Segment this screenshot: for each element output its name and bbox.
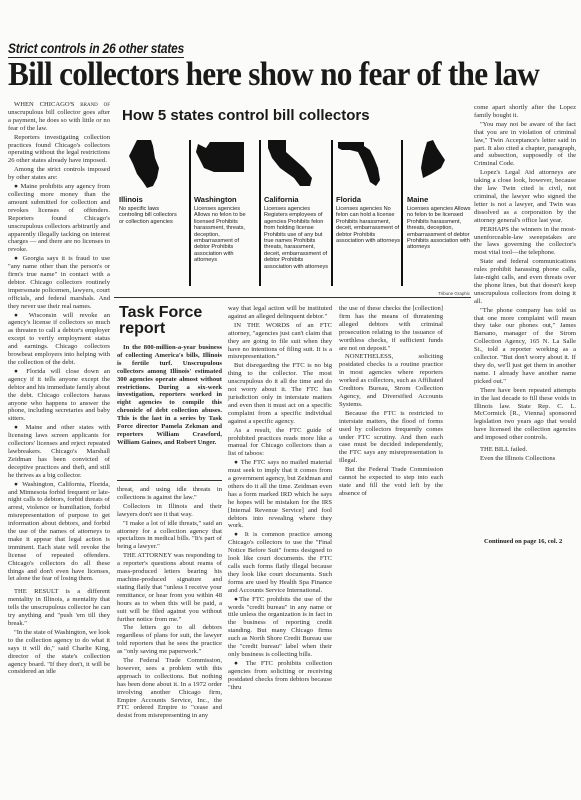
maine-map-icon [407,138,475,190]
divider [401,140,403,286]
state-rules: Licenses agencies Registers employees of… [264,206,330,270]
article-column-1: WHEN CHICAGO'S brand of unscrupulous bil… [8,101,110,796]
sidebar-rule [117,480,222,481]
paragraph: State and federal communications rules p… [474,258,576,305]
paragraph: ● Maine and other states with licensing … [8,424,110,479]
paragraph: ● It is common practice among Chicago's … [228,531,332,594]
paragraph: As a result, the FTC guide of prohibited… [228,427,332,459]
paragraph: The Federal Trade Commission, however, s… [117,657,222,720]
state-name: Florida [336,195,402,204]
florida-map-icon [336,138,402,190]
paragraph: But disregarding the FTC is no big thing… [228,362,332,425]
paragraph: Among the strict controls imposed by oth… [8,166,110,182]
paragraph: Because the FTC is restricted to interst… [339,410,443,465]
paragraph: Lopez's Legal Aid attorneys are taking a… [474,169,576,224]
paragraph: PERHAPS the winners in the most-unenforc… [474,226,576,258]
paragraph: "You may not be aware of the fact that y… [474,121,576,168]
state-name: Washington [194,195,256,204]
paragraph: come apart shortly after the Lopez famil… [474,104,576,120]
paragraph: ● The FTC says no mailed material must s… [228,459,332,530]
headline: Bill collectors here show no fear of the… [8,56,539,94]
state-name: Maine [407,195,475,204]
sidebar-title: Task Force report [119,305,202,337]
article-column-2: threat, and using idle threats in collec… [117,486,222,796]
paragraph: WHEN CHICAGO'S brand of unscrupulous bil… [8,101,110,133]
paragraph: But the Federal Trade Commission cannot … [339,466,443,498]
state-maine: Maine Licenses agencies Allows no felon … [407,138,475,284]
state-rules: Licenses agencies Allows no felon to be … [194,206,256,264]
divider [331,140,333,286]
paragraph: ● Wisconsin will revoke an agency's lice… [8,312,110,367]
paragraph: The letters go to all debtors regardless… [117,624,222,656]
paragraph: THE RESULT is a different mentality in I… [8,588,110,628]
paragraph: ●The FTC prohibits the use of the words … [228,596,332,659]
paragraph: THE BILL failed. [474,446,576,454]
state-washington: Washington Licenses agencies Allows no f… [194,138,256,284]
paragraph: NONETHELESS, soliciting postdated checks… [339,353,443,408]
graphic-credit: Tribune Graphic [438,291,470,296]
article-column-6: come apart shortly after the Lopez famil… [474,104,576,534]
paragraph: There have been repeated attempts in the… [474,387,576,442]
states-graphic: How 5 states control bill collectors Ill… [114,104,477,287]
paragraph: "In the state of Washington, we look to … [8,629,110,676]
state-florida: Florida Licenses agencies No felon can h… [336,138,402,284]
washington-map-icon [194,138,256,190]
illinois-map-icon [119,138,183,190]
paragraph: threat, and using idle threats in collec… [117,486,222,502]
state-illinois: Illinois No specific laws controling bil… [119,138,183,284]
graphic-title: How 5 states control bill collectors [122,107,370,124]
paragraph: THE ATTORNEY was responding to a reporte… [117,552,222,623]
paragraph: ● Washington, California, Florida, and M… [8,481,110,584]
paragraph: Even the Illinois Collections [474,455,576,463]
state-name: California [264,195,330,204]
paragraph: ● Maine prohibits any agency from collec… [8,183,110,254]
state-rules: Licenses agencies No felon can hold a li… [336,206,402,244]
paragraph: ● Florida will close down an agency if i… [8,368,110,423]
state-rules: Licenses agencies Allows no felon to be … [407,206,475,251]
divider [259,140,261,286]
paragraph: Collectors in Illinois and their lawyers… [117,503,222,519]
sidebar-text: In the 800-million-a-year business of co… [117,344,222,448]
paragraph: "I make a lot of idle threats," said an … [117,520,222,552]
state-rules: No specific laws controling bill collect… [119,206,183,225]
article-column-3: way that legal action will be instituted… [228,305,332,795]
paragraph: IN THE WORDS of an FTC attorney, "agenci… [228,322,332,362]
california-map-icon [264,138,330,190]
paragraph: "The phone company has told us that one … [474,307,576,386]
graphic-bottom-rule [114,297,471,298]
paragraph: way that legal action will be instituted… [228,305,332,321]
state-name: Illinois [119,195,183,204]
state-california: California Licenses agencies Registers e… [264,138,330,284]
divider [189,140,191,286]
paragraph: ● Georgia says it is fraud to use "any n… [8,255,110,310]
continued-note: Continued on page 16, col. 2 [484,538,562,545]
article-column-4: the use of these checks the [collection]… [339,305,443,795]
paragraph: ● The FTC prohibits collection agencies … [228,660,332,692]
paragraph: the use of these checks the [collection]… [339,305,443,352]
paragraph: Reporters investigating collection pract… [8,134,110,166]
